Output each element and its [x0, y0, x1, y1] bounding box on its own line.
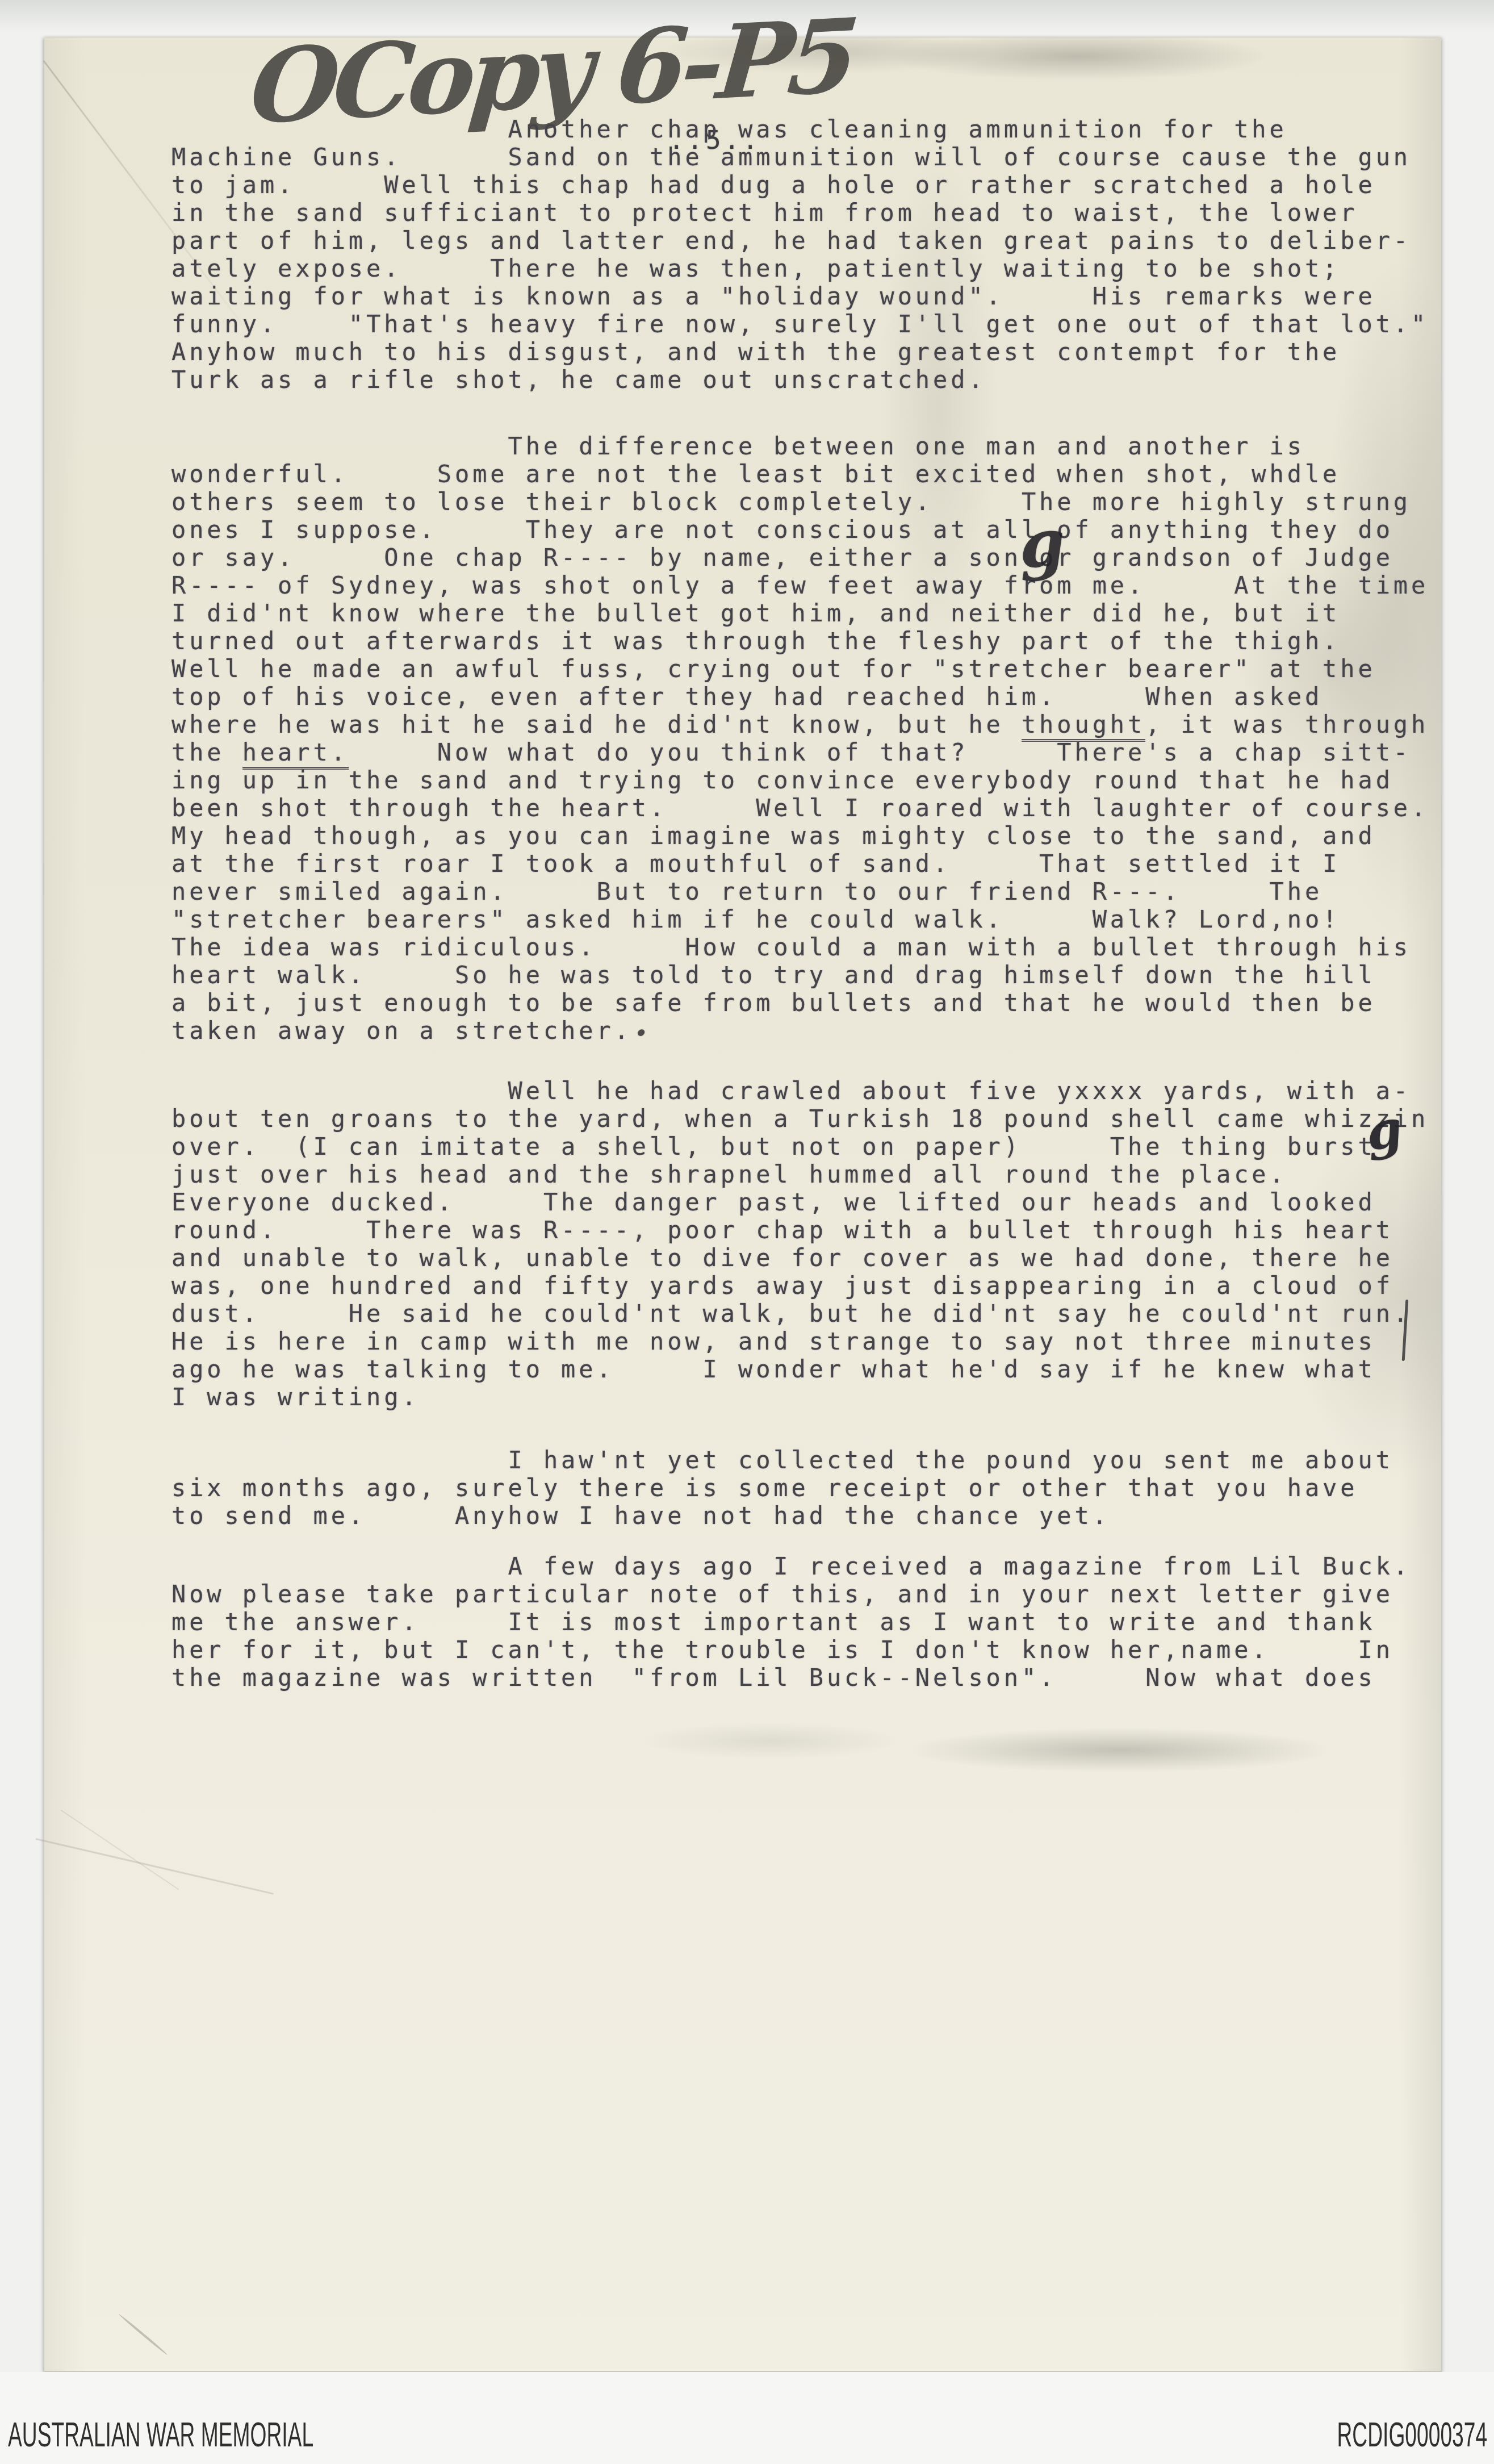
typed-line: waiting for what is known as a "holiday …	[171, 282, 1455, 310]
paragraph: Well he had crawled about five yxxxx yar…	[171, 1077, 1455, 1411]
typed-line: round. There was R----, poor chap with a…	[171, 1216, 1455, 1244]
typed-line: Machine Guns. Sand on the ammunition wil…	[171, 143, 1455, 171]
typed-line: Another chap was cleaning ammunition for…	[171, 115, 1455, 143]
typed-line: Anyhow much to his disgust, and with the…	[171, 338, 1455, 366]
typed-line: her for it, but I can't, the trouble is …	[171, 1636, 1455, 1664]
typed-line: to jam. Well this chap had dug a hole or…	[171, 171, 1455, 199]
typed-line: me the answer. It is most important as I…	[171, 1608, 1455, 1636]
paragraph: Another chap was cleaning ammunition for…	[171, 115, 1455, 394]
typed-line: turned out afterwards it was through the…	[171, 627, 1455, 655]
typed-line: The difference between one man and anoth…	[171, 432, 1455, 460]
typed-line: to send me. Anyhow I have not had the ch…	[171, 1502, 1455, 1530]
typed-line: and unable to walk, unable to dive for c…	[171, 1244, 1455, 1272]
typed-line: six months ago, surely there is some rec…	[171, 1474, 1455, 1502]
typed-line: just over his head and the shrapnel humm…	[171, 1160, 1455, 1188]
typed-line: taken away on a stretcher.	[171, 1017, 1455, 1045]
typed-line: Everyone ducked. The danger past, we lif…	[171, 1188, 1455, 1216]
typed-line: He is here in camp with me now, and stra…	[171, 1327, 1455, 1355]
typed-line: heart walk. So he was told to try and dr…	[171, 961, 1455, 989]
typed-line: where he was hit he said he did'nt know,…	[171, 711, 1455, 738]
paragraph: A few days ago I received a magazine fro…	[171, 1552, 1455, 1692]
typed-line: bout ten groans to the yard, when a Turk…	[171, 1105, 1455, 1133]
typed-line: ing up in the sand and trying to convinc…	[171, 766, 1455, 794]
typed-line: Turk as a rifle shot, he came out unscra…	[171, 366, 1455, 394]
typed-line: wonderful. Some are not the least bit ex…	[171, 460, 1455, 488]
archive-name: AUSTRALIAN WAR MEMORIAL	[8, 2415, 313, 2455]
typed-line: at the first roar I took a mouthful of s…	[171, 850, 1455, 878]
paper-crease-lower-left	[35, 1838, 274, 1895]
typed-line: The idea was ridiculous. How could a man…	[171, 933, 1455, 961]
typed-line: or say. One chap R---- by name, either a…	[171, 544, 1455, 571]
typed-line: funny. "That's heavy fire now, surely I'…	[171, 310, 1455, 338]
paper-crease-lower-left-2	[61, 1810, 179, 1890]
paragraph: I haw'nt yet collected the pound you sen…	[171, 1446, 1455, 1530]
typed-line: was, one hundred and fifty yards away ju…	[171, 1272, 1455, 1300]
typed-line: "stretcher bearers" asked him if he coul…	[171, 905, 1455, 933]
typed-line: part of him, legs and latter end, he had…	[171, 227, 1455, 254]
typed-line: the heart. Now what do you think of that…	[171, 738, 1455, 766]
typed-line: top of his voice, even after they had re…	[171, 683, 1455, 711]
typed-line: a bit, just enough to be safe from bulle…	[171, 989, 1455, 1017]
typed-line: ones I suppose. They are not conscious a…	[171, 516, 1455, 544]
typed-line: R---- of Sydney, was shot only a few fee…	[171, 571, 1455, 599]
typed-line: A few days ago I received a magazine fro…	[171, 1552, 1455, 1580]
typed-line: Well he made an awful fuss, crying out f…	[171, 655, 1455, 683]
typed-line: ately expose. There he was then, patient…	[171, 254, 1455, 282]
typed-line: I haw'nt yet collected the pound you sen…	[171, 1446, 1455, 1474]
paper-crimp-bottom	[118, 2313, 168, 2356]
typed-line: My head though, as you can imagine was m…	[171, 822, 1455, 850]
typed-text: Another chap was cleaning ammunition for…	[171, 115, 1455, 1692]
typed-line: dust. He said he could'nt walk, but he d…	[171, 1300, 1455, 1327]
typed-line: others seem to lose their block complete…	[171, 488, 1455, 516]
paragraph: The difference between one man and anoth…	[171, 432, 1455, 1045]
typed-line: I did'nt know where the bullet got him, …	[171, 599, 1455, 627]
typed-line: been shot through the heart. Well I roar…	[171, 794, 1455, 822]
typed-line: Now please take particular note of this,…	[171, 1580, 1455, 1608]
typed-line: never smiled again. But to return to our…	[171, 878, 1455, 905]
typed-line: I was writing.	[171, 1383, 1455, 1411]
typed-line: Well he had crawled about five yxxxx yar…	[171, 1077, 1455, 1105]
typed-line: in the sand sufficiant to protect him fr…	[171, 199, 1455, 227]
reference-number: RCDIG0000374	[1337, 2415, 1487, 2455]
typed-line: over. (I can imitate a shell, but not on…	[171, 1133, 1455, 1160]
typed-line: ago he was talking to me. I wonder what …	[171, 1355, 1455, 1383]
typed-line: the magazine was written "from Lil Buck-…	[171, 1664, 1455, 1692]
digitisation-footer: AUSTRALIAN WAR MEMORIAL RCDIG0000374	[0, 2372, 1494, 2464]
